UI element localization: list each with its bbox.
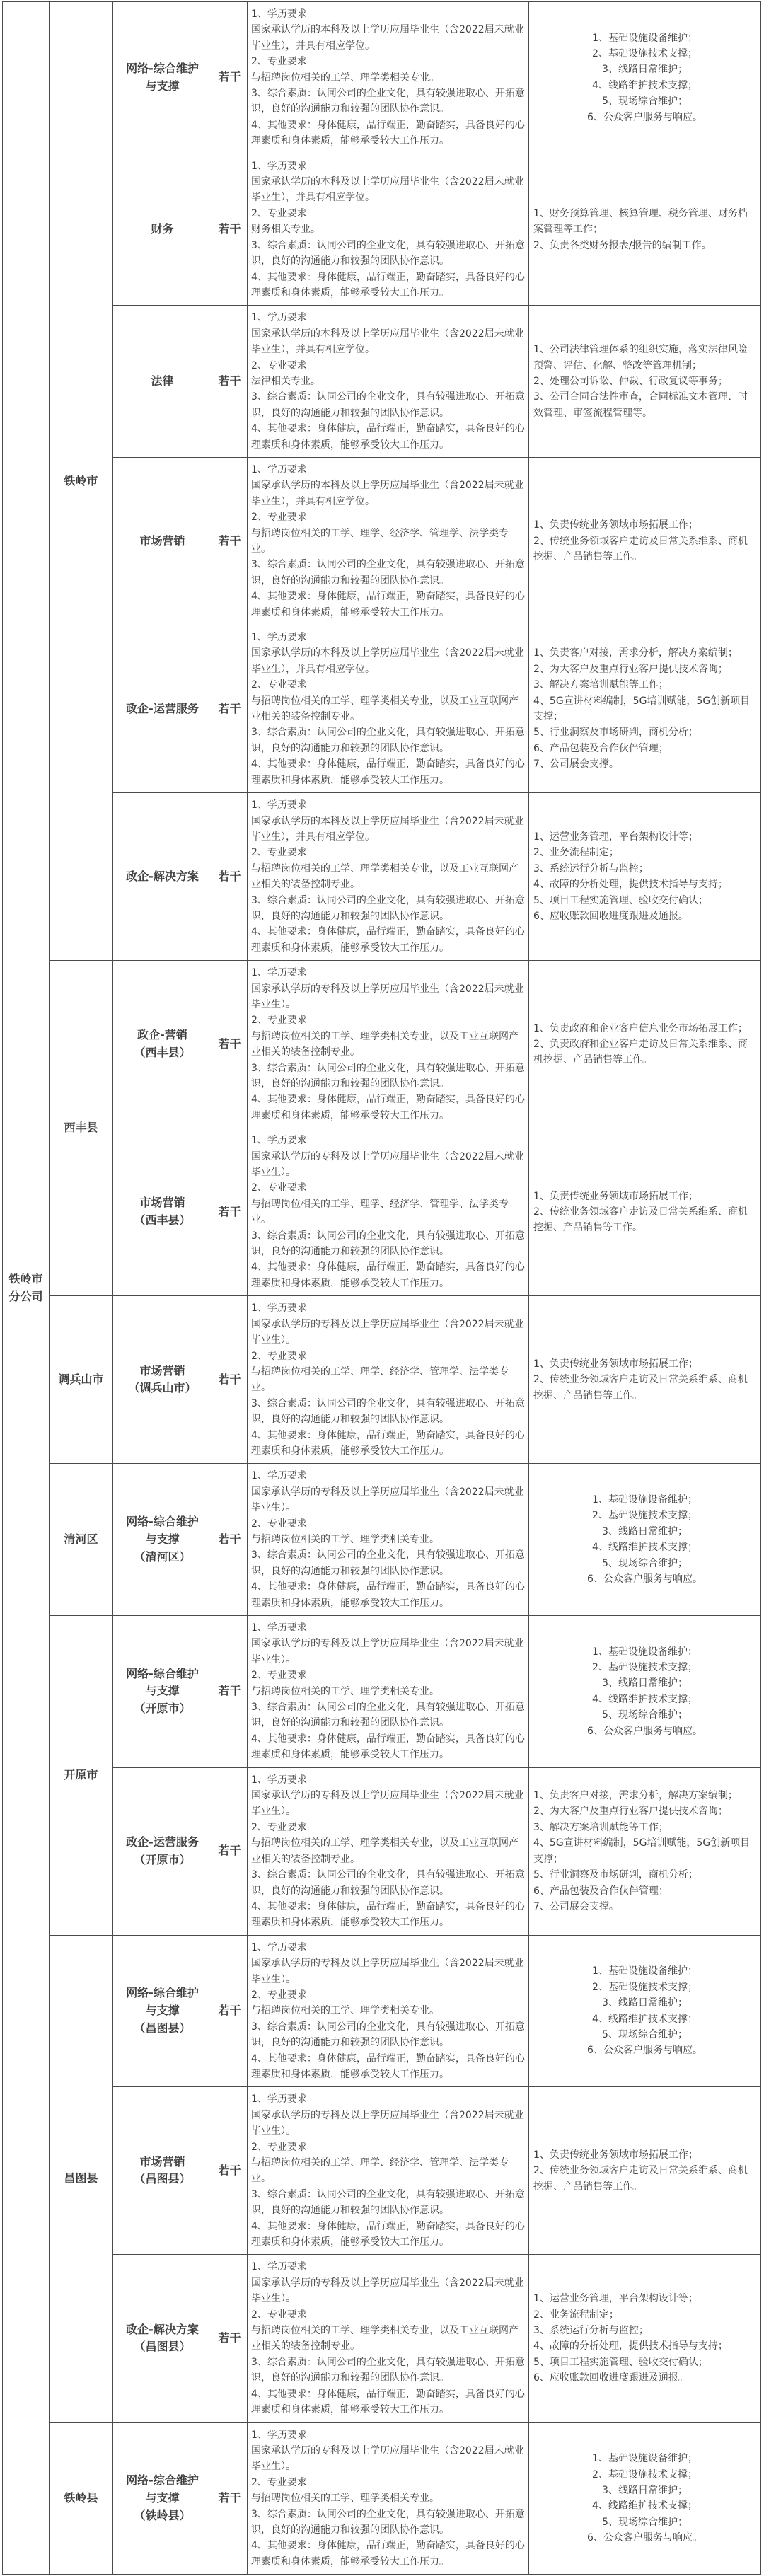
requirements-cell: 1、学历要求 国家承认学历的专科及以上学历应届毕业生（含2022届未就业毕业生）…: [248, 2087, 529, 2255]
duties-cell: 1、基础设施设备维护； 2、基础设施技术支撑； 3、线路日常维护； 4、线路维护…: [529, 1464, 761, 1616]
table-row: 铁岭市 分公司铁岭市网络-综合维护 与支撑若干1、学历要求 国家承认学历的本科及…: [3, 2, 761, 154]
table-row: 政企-运营服务若干1、学历要求 国家承认学历的本科及以上学历应届毕业生（含202…: [3, 625, 761, 793]
position-cell: 网络-综合维护 与支撑 （昌图县）: [113, 1935, 212, 2087]
requirements-cell: 1、学历要求 国家承认学历的专科及以上学历应届毕业生（含2022届未就业毕业生）…: [248, 1616, 529, 1768]
table-row: 财务若干1、学历要求 国家承认学历的本科及以上学历应届毕业生（含2022届未就业…: [3, 154, 761, 306]
requirements-cell: 1、学历要求 国家承认学历的专科及以上学历应届毕业生（含2022届未就业毕业生）…: [248, 2255, 529, 2422]
city-cell: 西丰县: [50, 961, 113, 1296]
duties-cell: 1、基础设施设备维护； 2、基础设施技术支撑； 3、线路日常维护； 4、线路维护…: [529, 2422, 761, 2575]
headcount-cell: 若干: [212, 1464, 248, 1616]
headcount-cell: 若干: [212, 1128, 248, 1296]
position-cell: 政企-解决方案: [113, 793, 212, 961]
table-row: 铁岭县网络-综合维护 与支撑 （铁岭县）若干1、学历要求 国家承认学历的专科及以…: [3, 2422, 761, 2575]
position-cell: 市场营销 （调兵山市）: [113, 1296, 212, 1464]
position-cell: 市场营销 （西丰县）: [113, 1128, 212, 1296]
headcount-cell: 若干: [212, 457, 248, 625]
table-row: 清河区网络-综合维护 与支撑 （清河区）若干1、学历要求 国家承认学历的专科及以…: [3, 1464, 761, 1616]
headcount-cell: 若干: [212, 306, 248, 458]
requirements-cell: 1、学历要求 国家承认学历的专科及以上学历应届毕业生（含2022届未就业毕业生）…: [248, 1128, 529, 1296]
headcount-cell: 若干: [212, 2, 248, 154]
duties-cell: 1、公司法律管理体系的组织实施，落实法律风险预警、评估、化解、整改等管理机制； …: [529, 306, 761, 458]
position-cell: 政企-运营服务: [113, 625, 212, 793]
table-row: 调兵山市市场营销 （调兵山市）若干1、学历要求 国家承认学历的专科及以上学历应届…: [3, 1296, 761, 1464]
position-cell: 法律: [113, 306, 212, 458]
position-cell: 市场营销: [113, 457, 212, 625]
requirements-cell: 1、学历要求 国家承认学历的专科及以上学历应届毕业生（含2022届未就业毕业生）…: [248, 1935, 529, 2087]
headcount-cell: 若干: [212, 1935, 248, 2087]
duties-cell: 1、财务预算管理、核算管理、税务管理、财务档案管理等工作； 2、负责各类财务报表…: [529, 154, 761, 306]
position-cell: 网络-综合维护 与支撑 （铁岭县）: [113, 2422, 212, 2575]
headcount-cell: 若干: [212, 2255, 248, 2422]
position-cell: 财务: [113, 154, 212, 306]
city-cell: 清河区: [50, 1464, 113, 1616]
duties-cell: 1、负责传统业务领域市场拓展工作； 2、传统业务领域客户走访及日常关系维系、商机…: [529, 1128, 761, 1296]
position-cell: 网络-综合维护 与支撑 （开原市）: [113, 1616, 212, 1768]
requirements-cell: 1、学历要求 国家承认学历的本科及以上学历应届毕业生（含2022届未就业毕业生）…: [248, 625, 529, 793]
headcount-cell: 若干: [212, 2422, 248, 2575]
table-row: 政企-运营服务 （开原市）若干1、学历要求 国家承认学历的专科及以上学历应届毕业…: [3, 1767, 761, 1935]
requirements-cell: 1、学历要求 国家承认学历的专科及以上学历应届毕业生（含2022届未就业毕业生）…: [248, 1767, 529, 1935]
duties-cell: 1、基础设施设备维护； 2、基础设施技术支撑； 3、线路日常维护； 4、线路维护…: [529, 1935, 761, 2087]
duties-cell: 1、运营业务管理，平台架构设计等； 2、业务流程制定； 3、系统运行分析与监控；…: [529, 793, 761, 961]
requirements-cell: 1、学历要求 国家承认学历的专科及以上学历应届毕业生（含2022届未就业毕业生）…: [248, 2422, 529, 2575]
duties-cell: 1、运营业务管理，平台架构设计等； 2、业务流程制定； 3、系统运行分析与监控；…: [529, 2255, 761, 2422]
city-cell: 开原市: [50, 1616, 113, 1936]
duties-cell: 1、负责客户对接，需求分析，解决方案编制； 2、为大客户及重点行业客户提供技术咨…: [529, 625, 761, 793]
position-cell: 政企-解决方案 （昌图县）: [113, 2255, 212, 2422]
position-cell: 政企-营销 （西丰县）: [113, 961, 212, 1128]
headcount-cell: 若干: [212, 1767, 248, 1935]
position-cell: 市场营销 （昌图县）: [113, 2087, 212, 2255]
table-row: 市场营销 （昌图县）若干1、学历要求 国家承认学历的专科及以上学历应届毕业生（含…: [3, 2087, 761, 2255]
requirements-cell: 1、学历要求 国家承认学历的专科及以上学历应届毕业生（含2022届未就业毕业生）…: [248, 1464, 529, 1616]
table-row: 政企-解决方案若干1、学历要求 国家承认学历的本科及以上学历应届毕业生（含202…: [3, 793, 761, 961]
recruitment-table-page: 铁岭市 分公司铁岭市网络-综合维护 与支撑若干1、学历要求 国家承认学历的本科及…: [0, 0, 764, 2576]
job-positions-table: 铁岭市 分公司铁岭市网络-综合维护 与支撑若干1、学历要求 国家承认学历的本科及…: [2, 1, 761, 2575]
table-row: 政企-解决方案 （昌图县）若干1、学历要求 国家承认学历的专科及以上学历应届毕业…: [3, 2255, 761, 2422]
duties-cell: 1、负责传统业务领域市场拓展工作； 2、传统业务领域客户走访及日常关系维系、商机…: [529, 457, 761, 625]
requirements-cell: 1、学历要求 国家承认学历的本科及以上学历应届毕业生（含2022届未就业毕业生）…: [248, 2, 529, 154]
duties-cell: 1、基础设施设备维护； 2、基础设施技术支撑； 3、线路日常维护； 4、线路维护…: [529, 1616, 761, 1768]
job-table-body: 铁岭市 分公司铁岭市网络-综合维护 与支撑若干1、学历要求 国家承认学历的本科及…: [3, 2, 761, 2575]
requirements-cell: 1、学历要求 国家承认学历的本科及以上学历应届毕业生（含2022届未就业毕业生）…: [248, 457, 529, 625]
table-row: 西丰县政企-营销 （西丰县）若干1、学历要求 国家承认学历的专科及以上学历应届毕…: [3, 961, 761, 1128]
position-cell: 政企-运营服务 （开原市）: [113, 1767, 212, 1935]
city-cell: 昌图县: [50, 1935, 113, 2422]
position-cell: 网络-综合维护 与支撑 （清河区）: [113, 1464, 212, 1616]
duties-cell: 1、负责政府和企业客户信息业务市场拓展工作； 2、负责政府和企业客户走访及日常关…: [529, 961, 761, 1128]
duties-cell: 1、负责传统业务领域市场拓展工作； 2、传统业务领域客户走访及日常关系维系、商机…: [529, 1296, 761, 1464]
headcount-cell: 若干: [212, 1616, 248, 1768]
headcount-cell: 若干: [212, 154, 248, 306]
headcount-cell: 若干: [212, 625, 248, 793]
position-cell: 网络-综合维护 与支撑: [113, 2, 212, 154]
requirements-cell: 1、学历要求 国家承认学历的本科及以上学历应届毕业生（含2022届未就业毕业生）…: [248, 306, 529, 458]
table-row: 市场营销若干1、学历要求 国家承认学历的本科及以上学历应届毕业生（含2022届未…: [3, 457, 761, 625]
requirements-cell: 1、学历要求 国家承认学历的本科及以上学历应届毕业生（含2022届未就业毕业生）…: [248, 154, 529, 306]
city-cell: 铁岭县: [50, 2422, 113, 2575]
duties-cell: 1、负责客户对接，需求分析，解决方案编制； 2、为大客户及重点行业客户提供技术咨…: [529, 1767, 761, 1935]
city-cell: 铁岭市: [50, 2, 113, 961]
headcount-cell: 若干: [212, 1296, 248, 1464]
requirements-cell: 1、学历要求 国家承认学历的专科及以上学历应届毕业生（含2022届未就业毕业生）…: [248, 961, 529, 1128]
requirements-cell: 1、学历要求 国家承认学历的专科及以上学历应届毕业生（含2022届未就业毕业生）…: [248, 1296, 529, 1464]
duties-cell: 1、基础设施设备维护； 2、基础设施技术支撑； 3、线路日常维护； 4、线路维护…: [529, 2, 761, 154]
headcount-cell: 若干: [212, 793, 248, 961]
table-row: 法律若干1、学历要求 国家承认学历的本科及以上学历应届毕业生（含2022届未就业…: [3, 306, 761, 458]
table-row: 昌图县网络-综合维护 与支撑 （昌图县）若干1、学历要求 国家承认学历的专科及以…: [3, 1935, 761, 2087]
duties-cell: 1、负责传统业务领域市场拓展工作； 2、传统业务领域客户走访及日常关系维系、商机…: [529, 2087, 761, 2255]
requirements-cell: 1、学历要求 国家承认学历的本科及以上学历应届毕业生（含2022届未就业毕业生）…: [248, 793, 529, 961]
company-cell: 铁岭市 分公司: [3, 2, 50, 2575]
city-cell: 调兵山市: [50, 1296, 113, 1464]
table-row: 开原市网络-综合维护 与支撑 （开原市）若干1、学历要求 国家承认学历的专科及以…: [3, 1616, 761, 1768]
headcount-cell: 若干: [212, 961, 248, 1128]
headcount-cell: 若干: [212, 2087, 248, 2255]
table-row: 市场营销 （西丰县）若干1、学历要求 国家承认学历的专科及以上学历应届毕业生（含…: [3, 1128, 761, 1296]
